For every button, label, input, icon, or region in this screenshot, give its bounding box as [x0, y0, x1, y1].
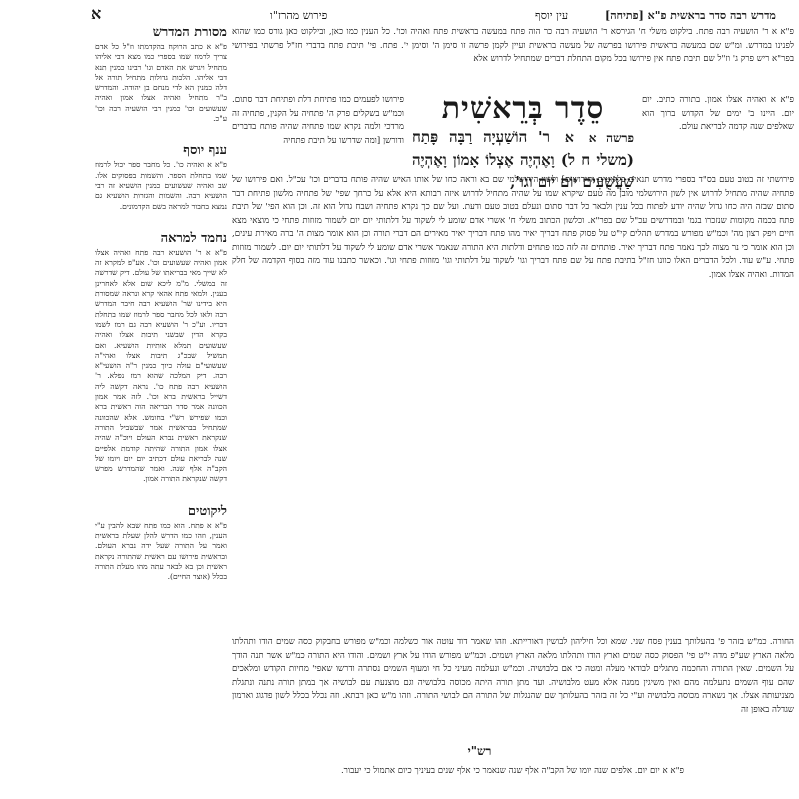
- page-letter: א: [91, 4, 101, 24]
- section-title: ענף יוסף: [95, 142, 227, 158]
- main-top-paragraph: פ"א א ר' הושעיה רבה פתח. בילקוט משלי ח' …: [232, 26, 794, 67]
- section-text: פ"א א ואהיה כו'. כל מחבר ספר יכול לרמוז …: [95, 160, 227, 211]
- section-text: פ"א א ר' הושעיא רבה פתח ואהיה אצלו אמון …: [95, 248, 227, 485]
- rashi-title: רש"י: [80, 744, 799, 759]
- main-body-paragraph: פירושתי זה בטוב טעם בס"ד בספרי מדרש תנאי…: [232, 174, 794, 282]
- section-text: פ"א א פתח. הוא כמו פתח שבא להבין ע"י הענ…: [95, 521, 227, 583]
- left-running-title: פירוש מהרז"ו: [270, 9, 327, 22]
- section-nechmad-lemareh: נחמד למראה פ"א א ר' הושעיא רבה פתח ואהיה…: [95, 230, 227, 485]
- section-anaf-yosef: ענף יוסף פ"א א ואהיה כו'. כל מחבר ספר יכ…: [95, 142, 227, 211]
- section-title: מסורת המדרש: [95, 24, 227, 40]
- section-text: פ"א א כתב הרוקח בהקדמתו וז"ל כל אדם צריך…: [95, 42, 227, 124]
- section-title: נחמד למראה: [95, 230, 227, 246]
- inset-right-commentary: פ"א א ואהיה אצלו אמון. בתורה כתיב. יום י…: [642, 94, 794, 135]
- center-running-title: עין יוסף: [535, 9, 568, 22]
- seder-title: סֵדֶר בְּרֵאשִׁית: [412, 92, 634, 126]
- section-likutim: ליקוטים פ"א א פתח. הוא כמו פתח שבא להבין…: [95, 503, 227, 583]
- right-running-title: מדרש רבה סדר בראשית פ"א [פתיחה]: [605, 9, 776, 22]
- parasha-label: פרשה א: [589, 131, 634, 145]
- section-title: ליקוטים: [95, 503, 227, 519]
- parasha-number: א: [565, 130, 574, 146]
- main-body-paragraph-lower: החורה. כמ"ש בזהר פ' בהעלותך בענין פסח שנ…: [232, 636, 794, 717]
- side-commentary-column: מסורת המדרש פ"א א כתב הרוקח בהקדמתו וז"ל…: [95, 24, 227, 582]
- inset-left-commentary: פירושו לפעמים כמו פתיחת דלת ופתיחת דבר ס…: [232, 94, 404, 148]
- section-mesoret-hamidrash: מסורת המדרש פ"א א כתב הרוקח בהקדמתו וז"ל…: [95, 24, 227, 124]
- rashi-text: פ"א א יום יום. אלפים שנה יומו של הקב"ה א…: [230, 765, 795, 776]
